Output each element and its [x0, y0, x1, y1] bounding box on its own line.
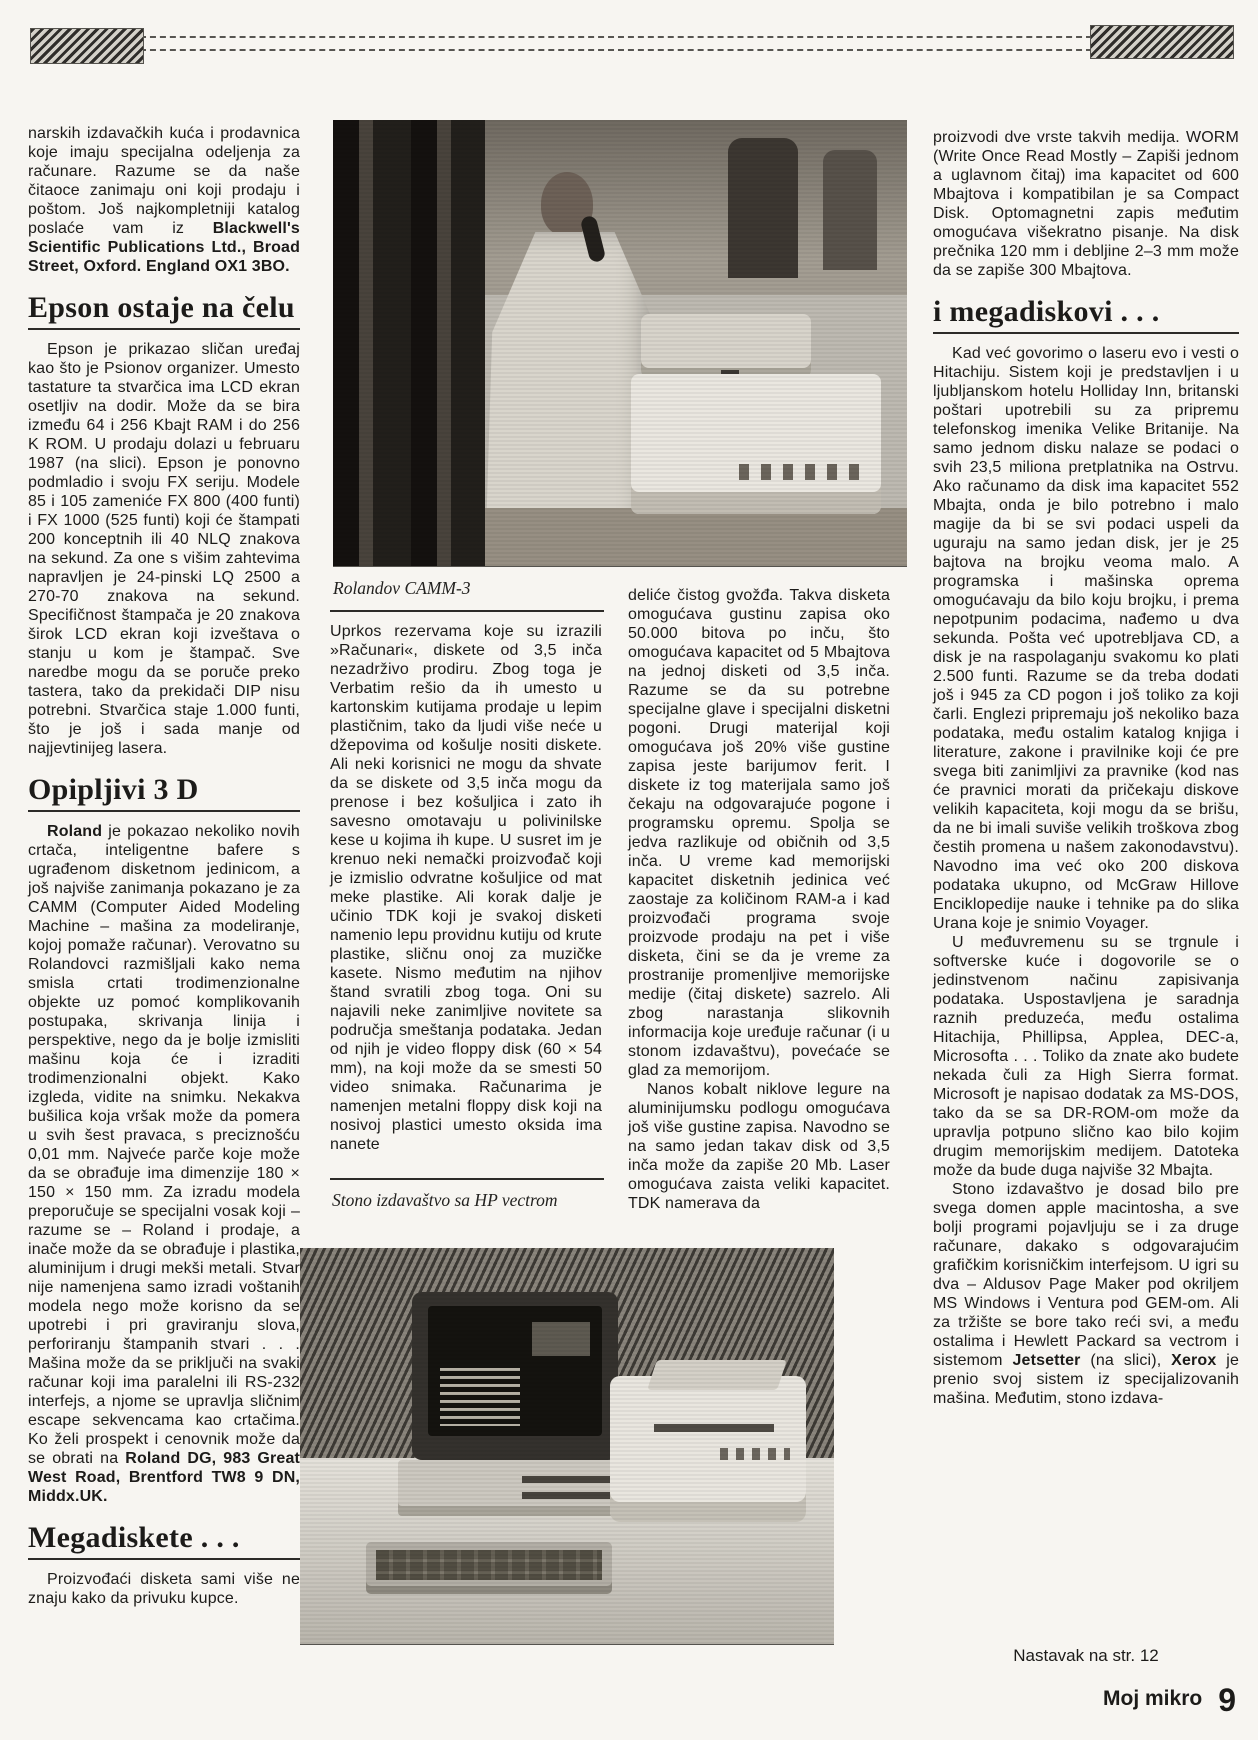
text-run: (na slici), — [1081, 1352, 1172, 1369]
column-2: Uprkos rezervama koje su izrazili »Račun… — [330, 622, 602, 1154]
photo-scan-texture — [333, 120, 907, 566]
caption-rule — [330, 1178, 604, 1180]
paragraph-epson: Epson je prikazao sličan uređaj kao što … — [28, 340, 300, 758]
column-4: proizvodi dve vrste takvih medija. WORM … — [933, 128, 1239, 1408]
text-run: Stono izdavaštvo je dosad bilo pre svega… — [933, 1181, 1239, 1369]
heading-rule — [28, 328, 300, 330]
section-heading-megadiskete: Megadiskete . . . — [28, 1521, 300, 1555]
column-3: deliće čistog gvožđa. Takva disketa omog… — [628, 586, 890, 1213]
paragraph-cobalt-nickel: Nanos kobalt niklove legure na aluminiju… — [628, 1080, 890, 1213]
paragraph-roland: Roland je pokazao nekoliko novih crtača,… — [28, 822, 300, 1506]
camm3-photo — [333, 120, 907, 566]
magazine-footer: Moj mikro9 — [936, 1682, 1236, 1719]
page-number: 9 — [1218, 1682, 1236, 1718]
continuation-note: Nastavak na str. 12 — [933, 1646, 1239, 1666]
header-dashed-rule — [140, 36, 1092, 51]
heading-rule — [28, 810, 300, 812]
paragraph-hitachi-laser: Kad već govorimo o laseru evo i vesti o … — [933, 344, 1239, 933]
text-run-bold-xerox: Xerox — [1171, 1352, 1216, 1369]
paragraph-diskettes: Uprkos rezervama koje su izrazili »Račun… — [330, 622, 602, 1154]
header-hatch-bar-right — [1090, 25, 1234, 59]
paragraph-worm-media: proizvodi dve vrste takvih medija. WORM … — [933, 128, 1239, 280]
heading-rule — [933, 332, 1239, 334]
dtp-caption: Stono izdavaštvo sa HP vectrom — [332, 1190, 612, 1211]
section-heading-megadiskovi: i megadiskovi . . . — [933, 295, 1239, 329]
paragraph-media-materials: deliće čistog gvožđa. Takva disketa omog… — [628, 586, 890, 1080]
paragraph-high-sierra: U međuvremenu su se trgnule i softverske… — [933, 933, 1239, 1180]
magazine-page: narskih izdavačkih kuća i prodavnica koj… — [0, 0, 1258, 1740]
heading-rule — [28, 1558, 300, 1560]
text-run-bold-roland: Roland — [47, 823, 102, 840]
header-hatch-bar-left — [30, 28, 144, 64]
paragraph-bookshops: narskih izdavačkih kuća i prodavnica koj… — [28, 124, 300, 276]
dtp-photo — [300, 1248, 834, 1644]
camm3-caption: Rolandov CAMM-3 — [333, 578, 605, 599]
text-run-bold-jetsetter: Jetsetter — [1013, 1352, 1081, 1369]
text-run: je pokazao nekoliko novih crtača, inteli… — [28, 823, 300, 1467]
paragraph-diskette-intro: Proizvođaći disketa sami više ne znaju k… — [28, 1570, 300, 1608]
photo-scan-texture — [300, 1248, 834, 1644]
magazine-name: Moj mikro — [1103, 1687, 1202, 1710]
column-1: narskih izdavačkih kuća i prodavnica koj… — [28, 124, 300, 1608]
section-heading-epson: Epson ostaje na čelu — [28, 291, 300, 325]
paragraph-desktop-publishing: Stono izdavaštvo je dosad bilo pre svega… — [933, 1180, 1239, 1408]
caption-rule — [330, 610, 604, 612]
section-heading-3d: Opipljivi 3 D — [28, 773, 300, 807]
